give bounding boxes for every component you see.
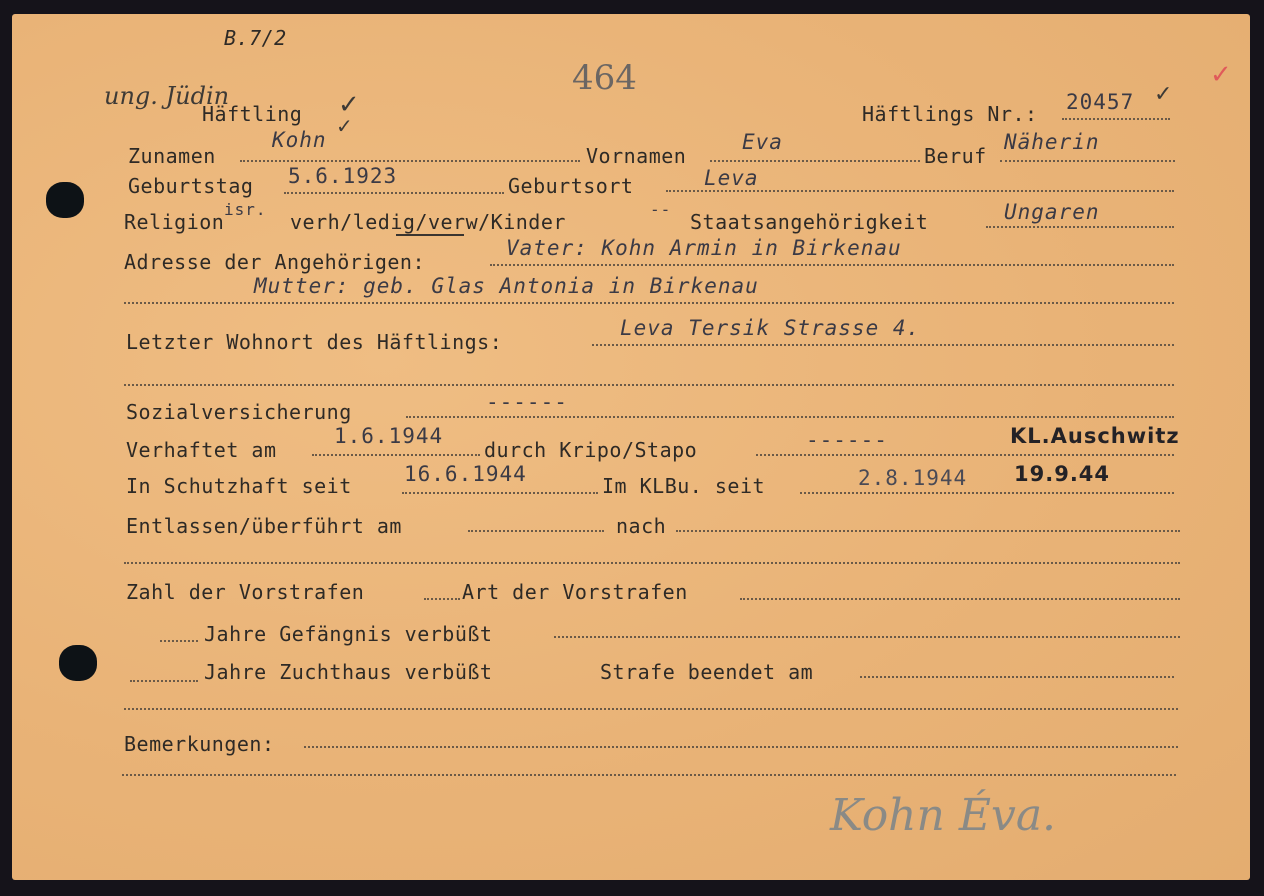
title-label: Häftling	[202, 102, 302, 126]
prison-years-label: Jahre Gefängnis verbüßt	[204, 622, 492, 646]
in-camp-value: 2.8.1944	[858, 466, 967, 490]
penitentiary-years-label: Jahre Zuchthaus verbüßt	[204, 660, 492, 684]
line	[666, 190, 1174, 192]
prior-convictions-type-label: Art der Vorstrafen	[462, 580, 688, 604]
line	[124, 302, 1174, 304]
in-camp-label: Im KLBu. seit	[602, 474, 765, 498]
marital-status-label: verh/ledig/verw/Kinder	[290, 210, 566, 234]
line	[1000, 160, 1175, 162]
line	[756, 454, 1174, 456]
religion-value: isr.	[224, 200, 267, 219]
social-insurance-label: Sozialversicherung	[126, 400, 352, 424]
camp-stamp: KL.Auschwitz	[1010, 424, 1180, 448]
line	[122, 774, 1176, 776]
line	[468, 530, 604, 532]
birthplace-value: Leva	[704, 166, 759, 190]
prisoner-signature: Kohn Éva.	[830, 790, 1056, 841]
protective-custody-label: In Schutzhaft seit	[126, 474, 352, 498]
relatives-mother: Mutter: geb. Glas Antonia in Birkenau	[254, 274, 759, 298]
relatives-father: Vater: Kohn Armin in Birkenau	[506, 236, 902, 260]
arrested-by-label: durch Kripo/Stapo	[484, 438, 697, 462]
line	[800, 492, 1174, 494]
protective-custody-value: 16.6.1944	[404, 462, 527, 486]
line	[124, 708, 1178, 710]
red-check-mark-icon: ✓	[1210, 60, 1232, 90]
surname-label: Zunamen	[128, 144, 216, 168]
firstname-label: Vornamen	[586, 144, 686, 168]
profession-value: Näherin	[1004, 130, 1100, 154]
line	[124, 562, 1180, 564]
arrested-label: Verhaftet am	[126, 438, 277, 462]
line	[312, 454, 480, 456]
line	[304, 746, 1178, 748]
line	[676, 530, 1180, 532]
birthdate-label: Geburtstag	[128, 174, 253, 198]
prior-convictions-count-label: Zahl der Vorstrafen	[126, 580, 364, 604]
line	[490, 264, 1174, 266]
line	[592, 344, 1174, 346]
line	[986, 226, 1174, 228]
line	[1062, 118, 1170, 120]
released-label: Entlassen/überführt am	[126, 514, 402, 538]
line	[860, 676, 1174, 678]
check-mark-icon: ✓	[1154, 82, 1172, 107]
profession-label: Beruf	[924, 144, 987, 168]
arrested-by-value: ------	[806, 428, 888, 452]
sentence-end-label: Strafe beendet am	[600, 660, 813, 684]
prisoner-number-label: Häftlings Nr.:	[862, 102, 1038, 126]
punch-hole-top	[46, 182, 84, 218]
line	[740, 598, 1180, 600]
remarks-label: Bemerkungen:	[124, 732, 275, 756]
nationality-label: Staatsangehörigkeit	[690, 210, 928, 234]
check-mark-icon: ✓	[336, 114, 353, 138]
line	[124, 384, 1174, 386]
surname-value: Kohn	[272, 128, 327, 152]
birthplace-label: Geburtsort	[508, 174, 633, 198]
transferred-to-label: nach	[616, 514, 666, 538]
last-residence-value: Leva Tersik Strasse 4.	[620, 316, 920, 340]
stamp-date: 19.9.44	[1014, 462, 1110, 486]
line	[554, 636, 1180, 638]
line	[710, 160, 920, 162]
line	[240, 160, 580, 162]
line	[424, 598, 460, 600]
line	[160, 640, 198, 642]
birthdate-value: 5.6.1923	[288, 164, 397, 188]
firstname-value: Eva	[742, 130, 783, 154]
line	[402, 492, 598, 494]
line	[284, 192, 504, 194]
marital-underline	[396, 234, 464, 236]
line	[130, 680, 198, 682]
file-reference: B.7/2	[224, 26, 287, 50]
arrested-value: 1.6.1944	[334, 424, 443, 448]
punch-hole-bottom	[59, 645, 97, 681]
handwritten-number: 464	[572, 58, 637, 98]
religion-label: Religion	[124, 210, 224, 234]
prisoner-number-value: 20457	[1066, 90, 1134, 114]
nationality-value: Ungaren	[1004, 200, 1100, 224]
social-insurance-value: ------	[486, 390, 568, 414]
relatives-address-label: Adresse der Angehörigen:	[124, 250, 425, 274]
children-value: --	[650, 200, 671, 219]
line	[406, 416, 1174, 418]
last-residence-label: Letzter Wohnort des Häftlings:	[126, 330, 502, 354]
